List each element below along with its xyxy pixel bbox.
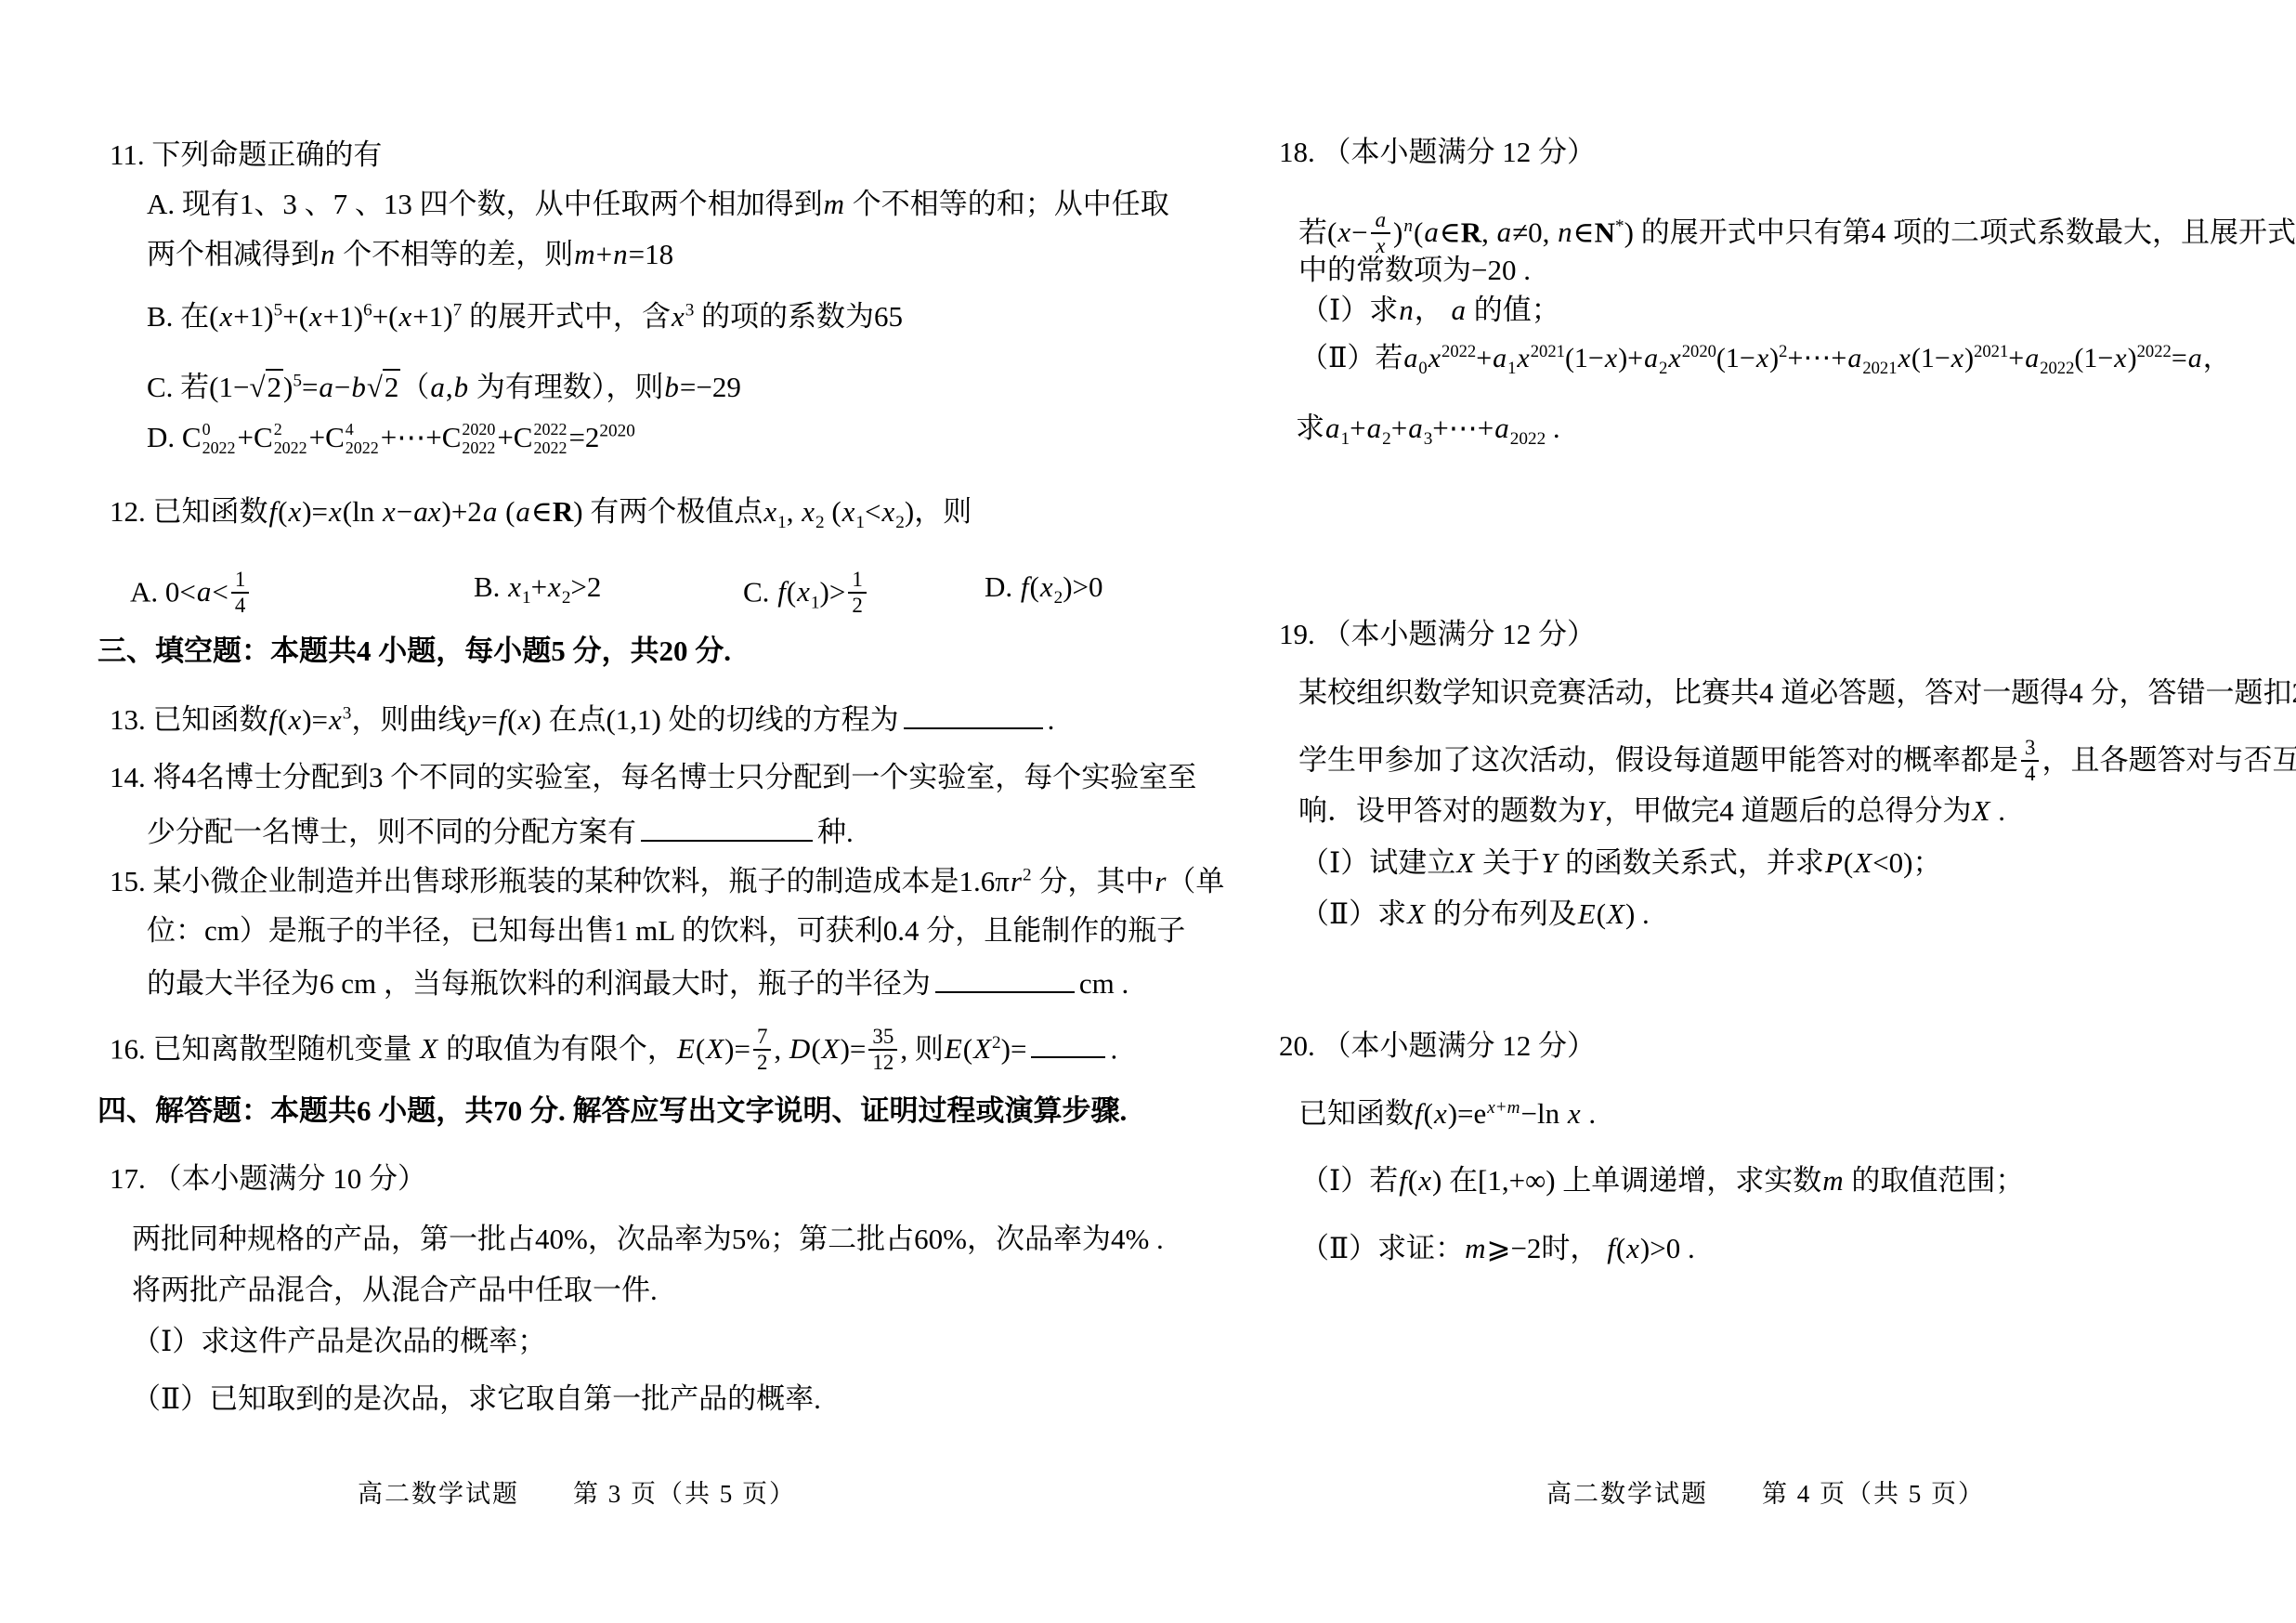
- page-4: 18. （本小题满分 12 分） 若(x−ax)n(a∈R, a≠0, n∈N*…: [0, 0, 2296, 1623]
- question-20-part1: （Ⅰ）若f(x) 在[1,+∞) 上单调递增，求实数m 的取值范围；: [1300, 1163, 2024, 1199]
- question-19-body-line1: 某校组织数学知识竞赛活动，比赛共4 道必答题，答对一题得4 分，答错一题扣2 分…: [1298, 675, 2296, 712]
- question-18-body-line3: 求a1+a2+a3+⋯+a2022 .: [1296, 411, 1560, 447]
- question-18-body-line2: 中的常数项为−20 .: [1298, 253, 1531, 289]
- question-18-part1: （Ⅰ）求n， a 的值；: [1300, 293, 1560, 329]
- question-19-body-line3: 响．设甲答对的题数为Y，甲做完4 道题后的总得分为X .: [1298, 793, 2005, 830]
- page-4-footer: 高二数学试题 第 4 页（共 5 页）: [1546, 1479, 1985, 1511]
- question-20-header: 20. （本小题满分 12 分）: [1279, 1028, 1596, 1065]
- question-19-header: 19. （本小题满分 12 分）: [1279, 617, 1596, 653]
- question-20-part2: （Ⅱ）求证：m⩾−2时， f(x)>0 .: [1300, 1231, 1695, 1267]
- question-20-body-line1: 已知函数f(x)=ex+m−ln x .: [1298, 1096, 1596, 1132]
- exam-sheet: { "meta": { "doc_title": "高二数学试题", "colo…: [0, 0, 2296, 1623]
- question-18-part2: （Ⅱ）若a0x2022+a1x2021(1−x)+a2x2020(1−x)2+⋯…: [1300, 341, 2231, 376]
- question-19-part2: （Ⅱ）求X 的分布列及E(X) .: [1300, 897, 1650, 933]
- question-19-body-line2: 学生甲参加了这次活动，假设每道题甲能答对的概率都是34，且各题答对与否互不影: [1298, 738, 2296, 789]
- question-19-part1: （Ⅰ）试建立X 关于Y 的函数关系式，并求P(X<0)；: [1300, 845, 1941, 882]
- question-18-header: 18. （本小题满分 12 分）: [1279, 135, 1596, 171]
